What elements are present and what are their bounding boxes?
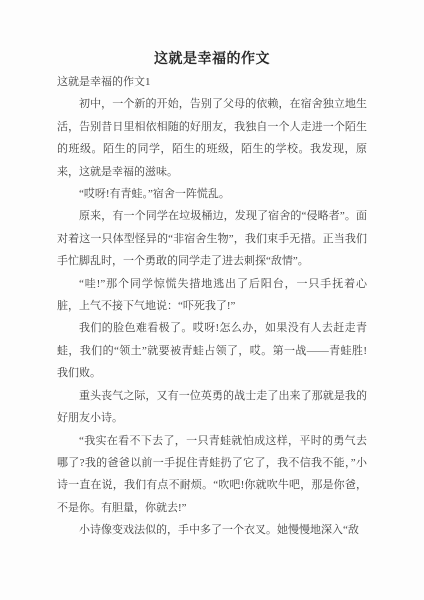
essay-paragraph-8: 小诗像变戏法似的，手中多了一个衣叉。她慢慢地深入“敌 bbox=[57, 519, 367, 541]
essay-paragraph-7: “我实在看不下去了，一只青蛙就怕成这样，平时的勇气去哪了?我的爸爸以前一手捉住青… bbox=[57, 430, 367, 520]
essay-paragraph-6: 重头丧气之际，又有一位英勇的战士走了出来了那就是我的好朋友小诗。 bbox=[57, 385, 367, 430]
document-body: 这就是幸福的作文1 初中，一个新的开始，告别了父母的依赖，在宿舍独立地生活，告别… bbox=[57, 71, 367, 542]
essay-paragraph-4: “哇!”那个同学惊慌失措地逃出了后阳台，一只手抚着心脏，上气不接下气地说：“吓死… bbox=[57, 273, 367, 318]
essay-paragraph-2: “哎呀!有青蛙。”宿舍一阵慌乱。 bbox=[57, 183, 367, 205]
document-title: 这就是幸福的作文 bbox=[0, 0, 424, 71]
essay-paragraph-5: 我们的脸色难看极了。哎呀!怎么办，如果没有人去赶走青蛙，我们的“领土”就要被青蛙… bbox=[57, 317, 367, 384]
essay-paragraph-3: 原来，有一个同学在垃圾桶边，发现了宿舍的“侵略者”。面对着这一只体型怪异的“非宿… bbox=[57, 205, 367, 272]
document-page: 这就是幸福的作文 这就是幸福的作文1 初中，一个新的开始，告别了父母的依赖，在宿… bbox=[0, 0, 424, 600]
document-subtitle: 这就是幸福的作文1 bbox=[57, 71, 367, 93]
essay-paragraph-1: 初中，一个新的开始，告别了父母的依赖，在宿舍独立地生活，告别昔日里相依相随的好朋… bbox=[57, 93, 367, 183]
